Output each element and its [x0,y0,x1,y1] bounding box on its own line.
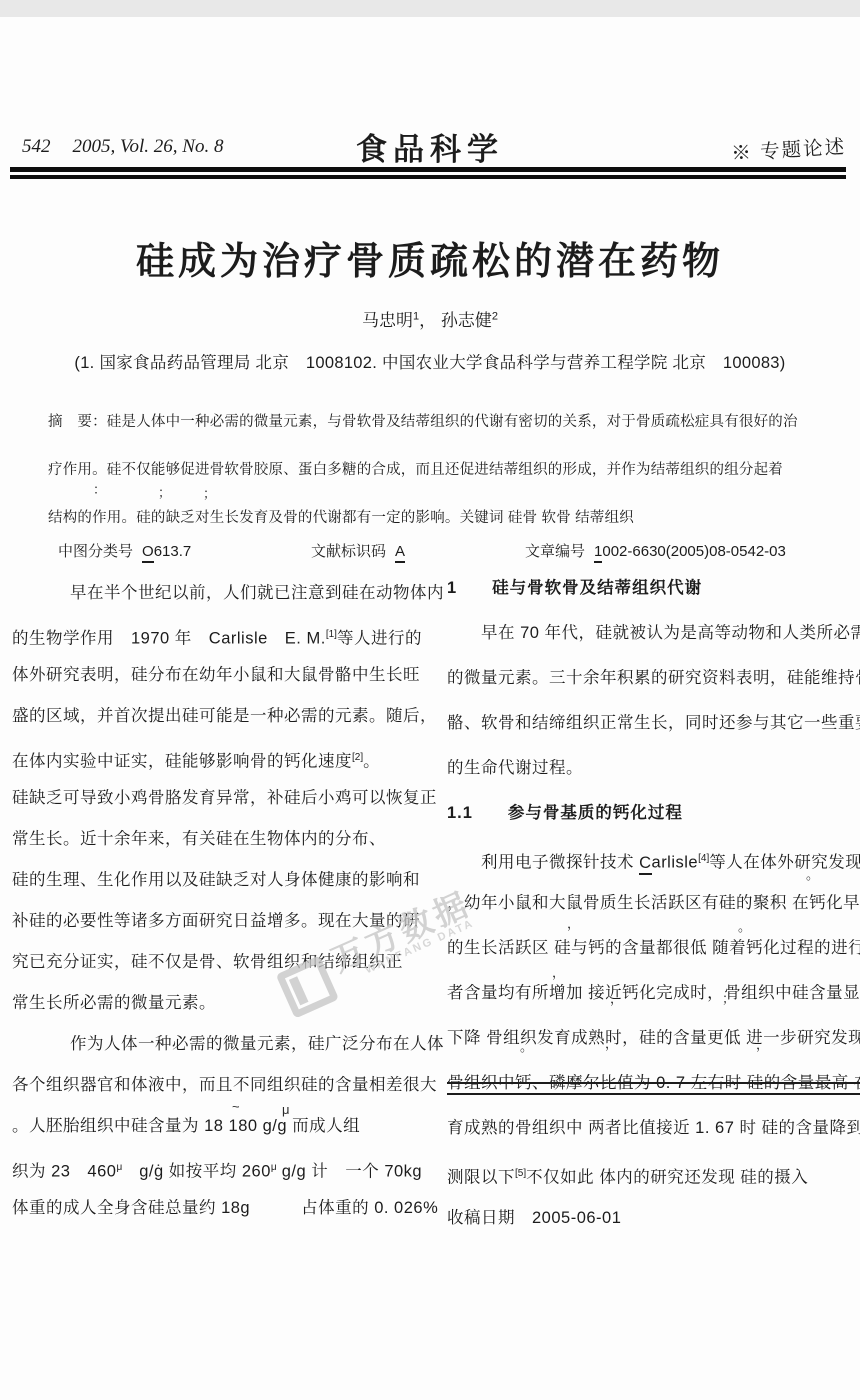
text-line: 收稿日期 2005-06-01 [447,1196,849,1241]
classification-meta-row: 中图分类号O613.7文献标识码A文章编号1002-6630(2005)08-0… [0,540,860,566]
text-line: 测限以下[5]不仅如此 体内的研究还发现 硅的摄入 [447,1151,849,1196]
stray-punctuation: ， [567,917,580,930]
text-line: 盛的区域，并首次提出硅可能是一种必需的元素。随后， [12,696,424,737]
text-line: 。人胚胎组织中硅含量为 18 180 g/g 而成人组 [12,1106,424,1147]
affiliation-line: (1. 国家食品药品管理局 北京 1008102. 中国农业大学食品科学与营养工… [0,349,860,373]
text-line: 早在 70 年代，硅就被认为是高等动物和人类所必需 [447,611,849,656]
meta-value: A [395,543,405,563]
text-line: 在体内实验中证实，硅能够影响骨的钙化速度[2]。 [12,737,424,778]
text-line: 硅缺乏可导致小鸡骨胳发育异常，补硅后小鸡可以恢复正 [12,778,424,819]
stray-punctuation: ~ [232,1100,240,1113]
abstract-line: 结构的作用。硅的缺乏对生长发育及骨的代谢都有一定的影响。关键词 硅骨 软骨 结蒂… [48,494,818,542]
stray-punctuation: 。 [520,1040,533,1053]
stray-punctuation: ， [605,1037,618,1050]
meta-item: 文章编号1002-6630(2005)08-0542-03 [525,540,786,561]
stray-punctuation: ； [203,487,216,500]
text-line: 各个组织器官和体液中，而且不同组织硅的含量相差很大 [12,1065,424,1106]
text-line: 的生长活跃区 硅与钙的含量都很低 随着钙化过程的进行 两 [447,926,849,971]
meta-item: 文献标识码A [311,540,405,561]
text-line: 常生长。近十余年来，有关硅在生物体内的分布、 [12,819,424,860]
stray-punctuation: ： [93,483,106,496]
meta-value: 1002-6630(2005)08-0542-03 [594,543,786,563]
rule-top [10,167,846,172]
stray-punctuation: ； [158,486,171,499]
meta-label: 中图分类号 [58,543,133,560]
stray-punctuation: 。 [806,868,819,881]
stray-punctuation: 。 [738,920,751,933]
stray-punctuation: ， [610,992,623,1005]
journal-page: 5422005, Vol. 26, No. 8 食品科学 ※ 专题论述 硅成为治… [0,0,860,1400]
text-line: 下降 骨组织发育成熟时，硅的含量更低 进一步研究发现 在 [447,1016,849,1061]
text-line: 体外研究表明，硅分布在幼年小鼠和大鼠骨骼中生长旺 [12,655,424,696]
rule-bottom [10,175,846,179]
text-line: 常生长所必需的微量元素。 [12,983,424,1024]
article-title: 硅成为治疗骨质疏松的潜在药物 [0,230,860,285]
text-line: 利用电子微探针技术 Carlisle[4]等人在体外研究发现 [447,836,849,881]
stray-punctuation: ； [722,992,735,1005]
text-line: 育成熟的骨组织中 两者比值接近 1. 67 时 硅的含量降到检 [447,1106,849,1151]
text-line: 的生物学作用 1970 年 Carlisle E. M.[1]等人进行的 [12,614,424,655]
text-line: 作为人体一种必需的微量元素，硅广泛分布在人体 [12,1024,424,1065]
text-line: 补硅的必要性等诸多方面研究日益增多。现在大量的研 [12,901,424,942]
meta-value: O613.7 [142,543,191,563]
stray-punctuation: ， [756,1038,769,1051]
scan-edge-band [0,0,860,17]
body-column-right: 1 硅与骨软骨及结蒂组织代谢早在 70 年代，硅就被认为是高等动物和人类所必需的… [447,566,849,1241]
text-line: 的生命代谢过程。 [447,746,849,791]
text-line: 早在半个世纪以前，人们就已注意到硅在动物体内 [12,573,424,614]
text-line: 者含量均有所增加 接近钙化完成时，骨组织中硅含量显著 [447,971,849,1016]
text-line: 体重的成人全身含硅总量约 18g 占体重的 0. 026% [12,1188,424,1229]
stray-punctuation: ， [552,966,565,979]
meta-label: 文献标识码 [311,543,386,560]
body-column-left: 早在半个世纪以前，人们就已注意到硅在动物体内的生物学作用 1970 年 Carl… [12,573,424,1229]
section-heading: 1.1 参与骨基质的钙化过程 [447,791,849,836]
section-heading: 1 硅与骨软骨及结蒂组织代谢 [447,566,849,611]
text-line: 究已充分证实，硅不仅是骨、软骨组织和结缔组织正 [12,942,424,983]
abstract-block: 摘 要：硅是人体中一种必需的微量元素，与骨软骨及结蒂组织的代谢有密切的关系，对于… [48,398,818,542]
text-line: ，幼年小鼠和大鼠骨质生长活跃区有硅的聚积 在钙化早期 [447,881,849,926]
text-line: 骨组织中钙、磷摩尔比值为 0. 7 左右时 硅的含量最高 在发 [447,1061,849,1106]
text-line: 织为 23 460μ g/ġ 如按平均 260μ g/g 计 一个 70kg [12,1147,424,1188]
double-rule-divider [10,167,846,179]
text-line: 骼、软骨和结缔组织正常生长，同时还参与其它一些重要 [447,701,849,746]
abstract-line: 摘 要：硅是人体中一种必需的微量元素，与骨软骨及结蒂组织的代谢有密切的关系，对于… [48,398,818,446]
authors-line: 马忠明1， 孙志健2 [0,306,860,331]
meta-label: 文章编号 [525,543,585,560]
stray-punctuation: μ [282,1103,290,1116]
text-line: 硅的生理、生化作用以及硅缺乏对人身体健康的影响和 [12,860,424,901]
text-line: 的微量元素。三十余年积累的研究资料表明，硅能维持骨 [447,656,849,701]
meta-item: 中图分类号O613.7 [58,540,191,561]
